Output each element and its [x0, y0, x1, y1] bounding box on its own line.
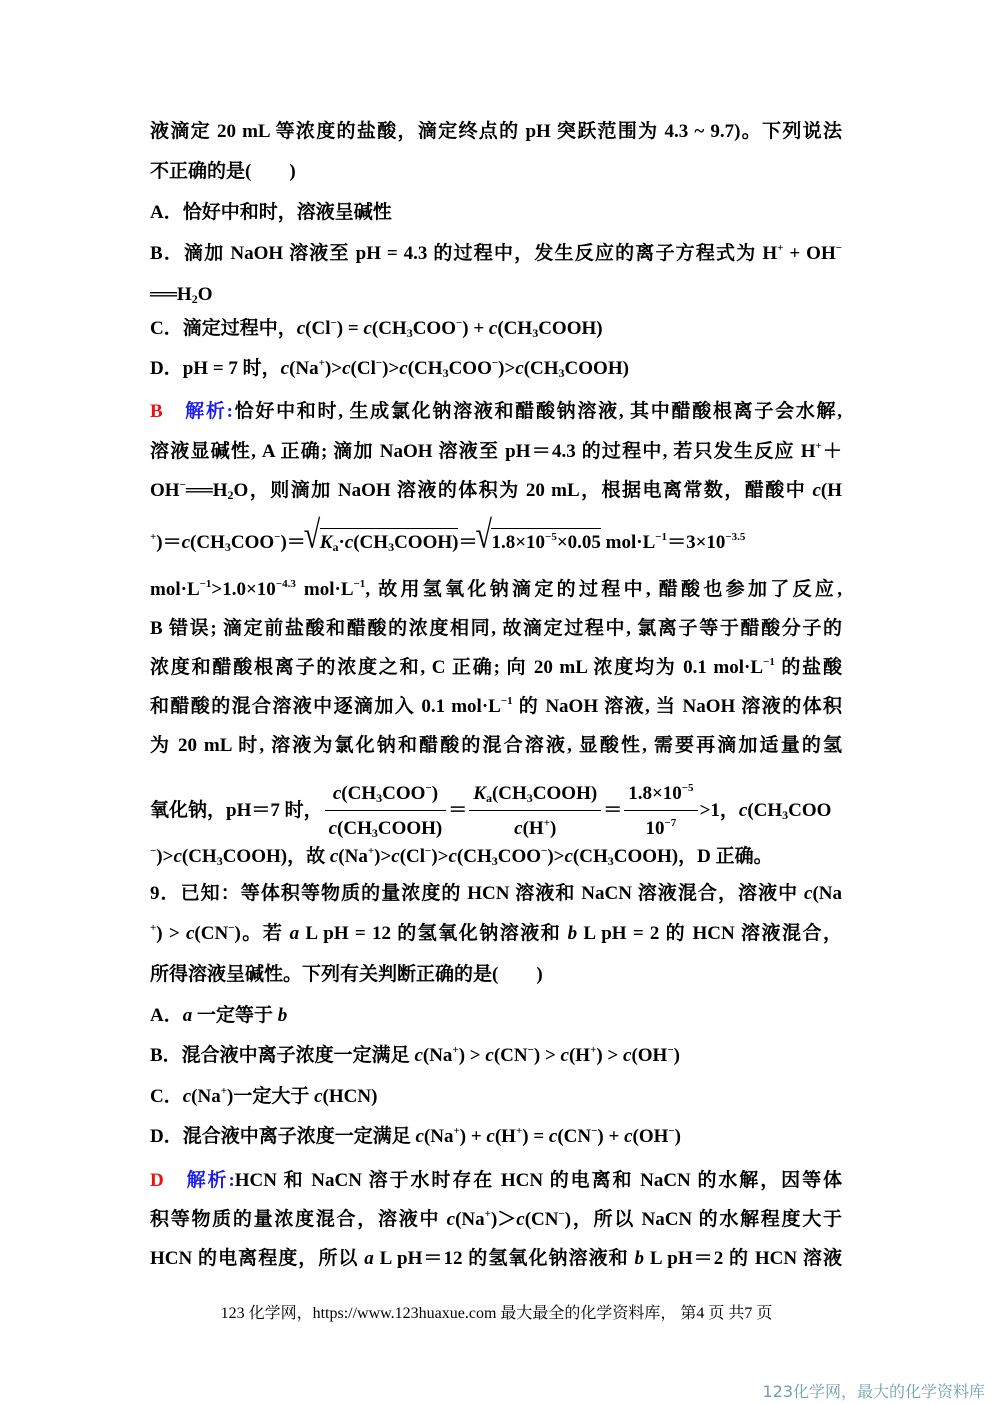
q8-analysis-line-4: +)＝c(CH3COO−)＝Ka·c(CH3COOH)＝1.8×10−5×0.0…: [150, 528, 842, 555]
q8-option-b-line-1: B．滴加 NaOH 溶液至 pH = 4.3 的过程中，发生反应的离子方程式为 …: [150, 242, 842, 266]
q8-analysis-line-5: mol·L−1>1.0×10−4.3 mol·L−1, 故用氢氧化钠滴定的过程中…: [150, 578, 842, 602]
q8-analysis-line-8: 和醋酸的混合溶液中逐滴加入 0.1 mol·L−1 的 NaOH 溶液, 当 N…: [150, 695, 842, 719]
fraction-3: 1.8×10−510−7: [624, 782, 697, 841]
q8-analysis-line-7: 浓度和醋酸根离子的浓度之和, C 正确; 向 20 mL 浓度均为 0.1 mo…: [150, 656, 842, 680]
answer-letter: D: [150, 1170, 164, 1191]
q8-analysis-line-9: 为 20 mL 时, 溶液为氯化钠和醋酸的混合溶液, 显酸性, 需要再滴加适量的…: [150, 734, 842, 758]
q9-analysis-line-1: D 解析:HCN 和 NaCN 溶于水时存在 HCN 的电离和 NaCN 的水解…: [150, 1169, 842, 1193]
q9-stem-line-2: +) > c(CN−)。若 a L pH = 12 的氢氧化钠溶液和 b L p…: [150, 922, 842, 946]
sqrt-expression-2: 1.8×10−5×0.05: [477, 528, 600, 555]
q9-stem-line-3: 所得溶液呈碱性。下列有关判断正确的是( ): [150, 963, 842, 987]
q8-analysis-line-11: −)>c(CH3COOH)，故 c(Na+)>c(Cl−)>c(CH3COO−)…: [150, 845, 842, 869]
q9-option-b: B．混合液中离子浓度一定满足 c(Na+) > c(CN−) > c(H+) >…: [150, 1044, 842, 1068]
q9-option-c: C．c(Na+)一定大于 c(HCN): [150, 1085, 842, 1109]
q9-analysis-line-3: HCN 的电离程度，所以 a L pH＝12 的氢氧化钠溶液和 b L pH＝2…: [150, 1247, 842, 1271]
fraction-1: c(CH3COO−)c(CH3COOH): [325, 782, 447, 841]
q8-option-c: C．滴定过程中，c(Cl−) = c(CH3COO−) + c(CH3COOH): [150, 317, 842, 341]
q9-analysis-line-2: 积等物质的量浓度混合，溶液中 c(Na+)＞c(CN−)，所以 NaCN 的水解…: [150, 1208, 842, 1232]
q9-stem-line-1: 9．已知：等体积等物质的量浓度的 HCN 溶液和 NaCN 溶液混合，溶液中 c…: [150, 882, 842, 906]
q8-stem-line-2: 不正确的是( ): [150, 160, 842, 184]
sqrt-expression-1: Ka·c(CH3COOH): [306, 528, 459, 555]
q8-analysis-line-1: B 解析:恰好中和时, 生成氯化钠溶液和醋酸钠溶液, 其中醋酸根离子会水解,: [150, 400, 842, 424]
q8-option-a: A．恰好中和时，溶液呈碱性: [150, 201, 842, 225]
analysis-label: 解析:: [187, 1170, 235, 1191]
page-footer: 123 化学网，https://www.123huaxue.com 最大最全的化…: [0, 1300, 993, 1323]
q8-option-b-line-2: ══H2O: [150, 283, 842, 307]
analysis-label: 解析:: [185, 401, 233, 422]
q8-stem-line-1: 液滴定 20 mL 等浓度的盐酸，滴定终点的 pH 突跃范围为 4.3 ~ 9.…: [150, 120, 842, 144]
fraction-2: Ka(CH3COOH)c(H+): [469, 782, 601, 841]
q8-option-d: D．pH = 7 时，c(Na+)>c(Cl−)>c(CH3COO−)>c(CH…: [150, 357, 842, 381]
answer-letter: B: [150, 401, 163, 422]
q8-analysis-line-6: B 错误; 滴定前盐酸和醋酸的浓度相同, 故滴定过程中, 氯离子等于醋酸分子的: [150, 617, 842, 641]
q9-option-a: A．a 一定等于 b: [150, 1004, 842, 1028]
q8-analysis-line-10: 氧化钠，pH＝7 时，c(CH3COO−)c(CH3COOH)＝Ka(CH3CO…: [150, 782, 842, 841]
q8-analysis-line-2: 溶液显碱性, A 正确; 滴加 NaOH 溶液至 pH＝4.3 的过程中, 若只…: [150, 440, 842, 464]
site-watermark: 123化学网，最大的化学资料库: [762, 1379, 985, 1402]
q8-analysis-line-3: OH−══H2O，则滴加 NaOH 溶液的体积为 20 mL，根据电离常数，醋酸…: [150, 479, 842, 503]
q9-option-d: D．混合液中离子浓度一定满足 c(Na+) + c(H+) = c(CN−) +…: [150, 1125, 842, 1149]
document-page: 液滴定 20 mL 等浓度的盐酸，滴定终点的 pH 突跃范围为 4.3 ~ 9.…: [0, 0, 993, 1404]
